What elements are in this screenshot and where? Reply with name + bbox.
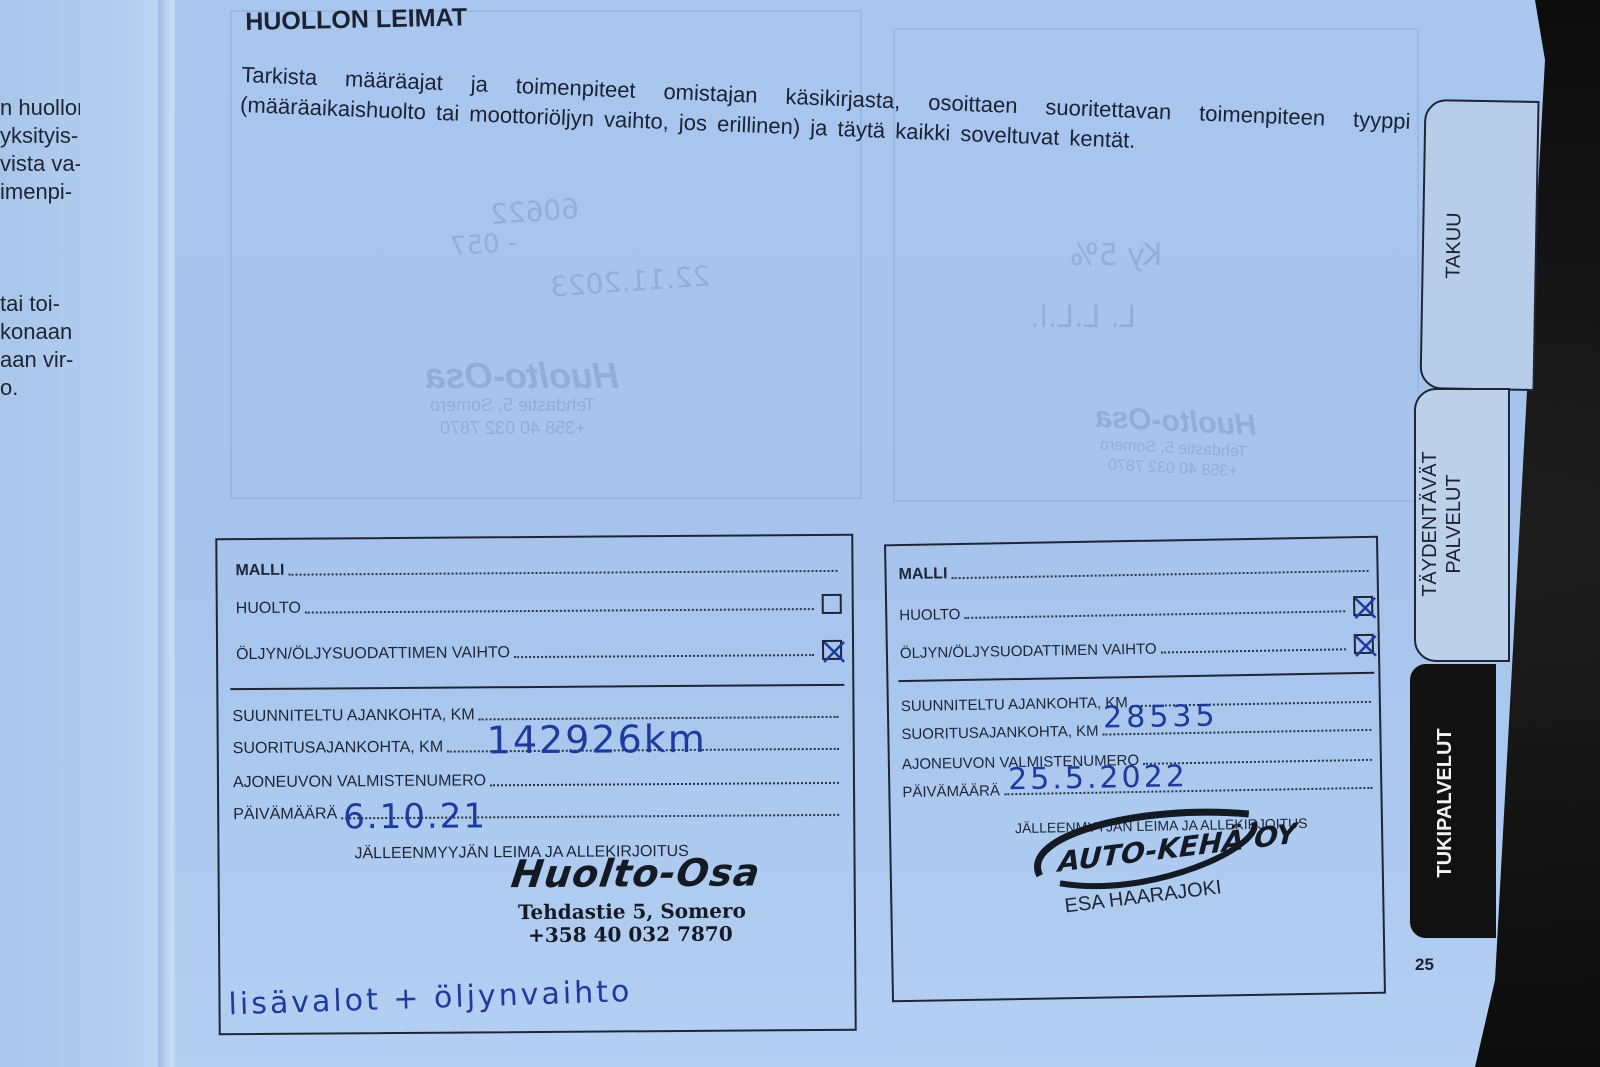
- service-record-2: MALLI HUOLTO ÖLJYN/ÖLJYSUODATTIMEN VAIHT…: [884, 536, 1386, 1003]
- planned-km-label: SUUNNITELTU AJANKOHTA, KM: [232, 706, 474, 726]
- model-row: MALLI: [235, 558, 841, 580]
- date-row: PÄIVÄMÄÄRÄ: [233, 802, 843, 824]
- dot-leader: [305, 607, 814, 614]
- oil-change-label: ÖLJYN/ÖLJYSUODATTIMEN VAIHTO: [900, 641, 1157, 662]
- tab-takuu[interactable]: TAKUU: [1419, 99, 1539, 391]
- model-field[interactable]: [951, 569, 1368, 579]
- tab-tukipalvelut[interactable]: TUKIPALVELUT: [1410, 664, 1496, 938]
- ghost-handwriting-2: L. L.L.l.: [1030, 300, 1136, 335]
- model-field[interactable]: [288, 569, 837, 576]
- service-label: HUOLTO: [899, 606, 960, 624]
- ghost-stamp-phone-left: +358 40 032 7870: [440, 418, 586, 439]
- left-page: n huollon yksityis- vista va- imenpi- ta…: [0, 0, 175, 1067]
- date-value: 6.10.21: [343, 796, 487, 837]
- stamp-name: Huolto-Osa: [509, 850, 763, 896]
- service-row: HUOLTO: [236, 594, 842, 618]
- stamp-address: Tehdastie 5, Somero: [518, 899, 746, 925]
- performed-km-value: 28535: [1103, 699, 1219, 736]
- model-label: MALLI: [235, 562, 284, 580]
- left-page-text: n huollon yksityis- vista va- imenpi- ta…: [0, 38, 80, 486]
- vin-label: AJONEUVON VALMISTENUMERO: [233, 772, 486, 792]
- dot-leader: [1161, 647, 1346, 653]
- service-record-1: MALLI HUOLTO ÖLJYN/ÖLJYSUODATTIMEN VAIHT…: [215, 534, 856, 1035]
- page-title: HUOLLON LEIMAT: [245, 3, 467, 37]
- oil-change-label: ÖLJYN/ÖLJYSUODATTIMEN VAIHTO: [236, 644, 510, 664]
- vin-row: AJONEUVON VALMISTENUMERO: [233, 770, 843, 792]
- oil-change-row: ÖLJYN/ÖLJYSUODATTIMEN VAIHTO: [236, 640, 842, 664]
- ghost-handwriting-1: Ky 5%: [1070, 238, 1162, 273]
- handwritten-note: lisävalot + öljynvaihto: [228, 974, 633, 1022]
- ghost-number-1: 60622: [489, 192, 580, 231]
- performed-km-label: SUORITUSAJANKOHTA, KM: [233, 739, 444, 758]
- performed-km-label: SUORITUSAJANKOHTA, KM: [901, 723, 1099, 743]
- service-label: HUOLTO: [236, 600, 301, 618]
- date-value: 25.5.2022: [1008, 759, 1188, 797]
- service-row: HUOLTO: [899, 596, 1373, 624]
- tab-label: TUKIPALVELUT: [1433, 718, 1457, 888]
- model-row: MALLI: [898, 558, 1372, 584]
- date-label: PÄIVÄMÄÄRÄ: [902, 782, 1000, 801]
- tab-label: TAKUU: [1441, 185, 1467, 305]
- oil-change-row: ÖLJYN/ÖLJYSUODATTIMEN VAIHTO: [900, 634, 1374, 662]
- planned-km-label: SUUNNITELTU AJANKOHTA, KM: [901, 694, 1128, 715]
- page-number: 25: [1415, 955, 1434, 975]
- vin-field[interactable]: [490, 781, 839, 786]
- ghost-stamp-name-left: Huolto-Osa: [425, 355, 619, 397]
- stamp-phone: +358 40 032 7870: [528, 922, 733, 947]
- service-checkbox-checked[interactable]: [1353, 596, 1373, 616]
- tab-label: TÄYDENTÄVÄT PALVELUT: [1418, 444, 1466, 604]
- model-label: MALLI: [898, 565, 947, 584]
- ghost-stamp-address-left: Tehdastie 5, Somero: [430, 395, 595, 416]
- tab-taydentavat-palvelut[interactable]: TÄYDENTÄVÄT PALVELUT: [1414, 388, 1510, 662]
- left-paragraph-1: n huollon yksityis- vista va- imenpi-: [0, 94, 80, 206]
- ghost-number-2: - 057: [449, 228, 518, 263]
- dot-leader: [964, 609, 1345, 619]
- left-paragraph-2: tai toi- konaan aan vir- o.: [0, 290, 80, 402]
- service-checkbox[interactable]: [822, 594, 842, 614]
- date-label: PÄIVÄMÄÄRÄ: [233, 805, 337, 824]
- performed-km-value: 142926km: [487, 717, 707, 763]
- dot-leader: [514, 653, 814, 658]
- oil-change-checkbox-checked[interactable]: [822, 640, 842, 660]
- divider: [230, 684, 844, 690]
- divider: [898, 672, 1374, 682]
- oil-change-checkbox-checked[interactable]: [1354, 634, 1374, 654]
